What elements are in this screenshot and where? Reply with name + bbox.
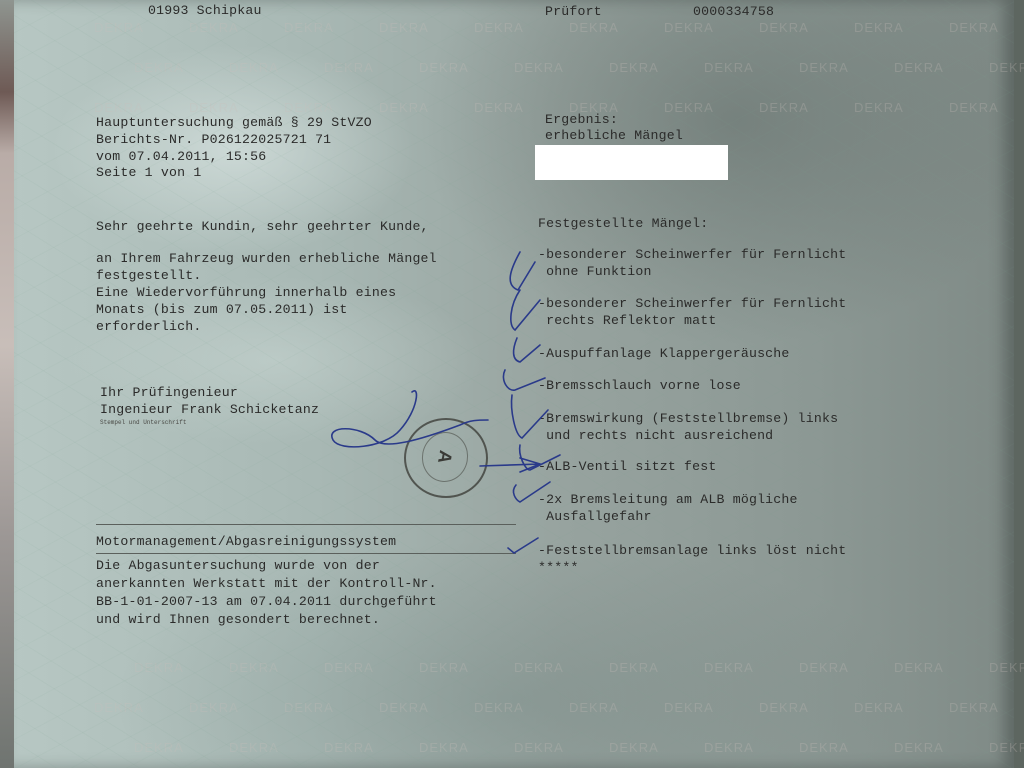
defect-item: -besonderer Scheinwerfer für Fernlicht bbox=[538, 246, 846, 264]
watermark-text: DEKRA bbox=[704, 60, 754, 75]
watermark-text: DEKRA bbox=[704, 660, 754, 675]
defect-item: Ausfallgefahr bbox=[538, 508, 652, 526]
watermark-text: DEKRA bbox=[474, 100, 524, 115]
watermark-text: DEKRA bbox=[759, 20, 809, 35]
divider-line bbox=[96, 553, 516, 554]
stamp-mark: A bbox=[418, 428, 472, 485]
watermark-text: DEKRA bbox=[94, 700, 144, 715]
inspection-stamp: A bbox=[404, 418, 488, 498]
watermark-text: DEKRA bbox=[664, 20, 714, 35]
letter-salutation: Sehr geehrte Kundin, sehr geehrter Kunde… bbox=[96, 218, 429, 236]
watermark-text: DEKRA bbox=[949, 20, 999, 35]
watermark-text: DEKRA bbox=[284, 700, 334, 715]
watermark-text: DEKRA bbox=[609, 660, 659, 675]
watermark-text: DEKRA bbox=[324, 60, 374, 75]
watermark-text: DEKRA bbox=[609, 60, 659, 75]
watermark-text: DEKRA bbox=[419, 740, 469, 755]
watermark-text: DEKRA bbox=[474, 20, 524, 35]
watermark-text: DEKRA bbox=[514, 660, 564, 675]
watermark-text: DEKRA bbox=[799, 60, 849, 75]
watermark-text: DEKRA bbox=[419, 60, 469, 75]
watermark-text: DEKRA bbox=[379, 100, 429, 115]
watermark-text: DEKRA bbox=[229, 660, 279, 675]
letter-line: Eine Wiedervorführung innerhalb eines bbox=[96, 284, 396, 302]
watermark-text: DEKRA bbox=[94, 100, 144, 115]
watermark-text: DEKRA bbox=[379, 700, 429, 715]
emissions-line: Die Abgasuntersuchung wurde von der bbox=[96, 557, 380, 575]
letter-line: an Ihrem Fahrzeug wurden erhebliche Mäng… bbox=[96, 250, 437, 268]
watermark-text: DEKRA bbox=[189, 20, 239, 35]
watermark-text: DEKRA bbox=[379, 20, 429, 35]
watermark-text: DEKRA bbox=[189, 100, 239, 115]
watermark-text: DEKRA bbox=[94, 20, 144, 35]
address-city: 01993 Schipkau bbox=[148, 2, 262, 20]
watermark-text: DEKRA bbox=[704, 740, 754, 755]
watermark-text: DEKRA bbox=[854, 100, 904, 115]
watermark-text: DEKRA bbox=[609, 740, 659, 755]
watermark-text: DEKRA bbox=[324, 660, 374, 675]
watermark-text: DEKRA bbox=[949, 700, 999, 715]
watermark-text: DEKRA bbox=[799, 660, 849, 675]
report-title: Hauptuntersuchung gemäß § 29 StVZO bbox=[96, 114, 372, 132]
watermark-text: DEKRA bbox=[284, 20, 334, 35]
defect-item: -Bremswirkung (Feststellbremse) links bbox=[538, 410, 838, 428]
watermark-text: DEKRA bbox=[664, 700, 714, 715]
watermark-text: DEKRA bbox=[989, 740, 1024, 755]
report-number: Berichts-Nr. P026122025721 71 bbox=[96, 131, 331, 149]
letter-line: festgestellt. bbox=[96, 267, 201, 285]
watermark-text: DEKRA bbox=[894, 60, 944, 75]
defect-item: und rechts nicht ausreichend bbox=[538, 427, 773, 445]
watermark-text: DEKRA bbox=[759, 700, 809, 715]
defects-end-marker: ***** bbox=[538, 559, 579, 577]
emissions-heading: Motormanagement/Abgasreinigungssystem bbox=[96, 533, 396, 551]
stamp-caption: Stempel und Unterschrift bbox=[100, 419, 186, 427]
emissions-line: BB-1-01-2007-13 am 07.04.2011 durchgefüh… bbox=[96, 593, 437, 611]
letter-line: erforderlich. bbox=[96, 318, 201, 336]
watermark-text: DEKRA bbox=[189, 700, 239, 715]
watermark-text: DEKRA bbox=[569, 20, 619, 35]
defect-item: ohne Funktion bbox=[538, 263, 652, 281]
watermark-text: DEKRA bbox=[229, 740, 279, 755]
defect-item: rechts Reflektor matt bbox=[538, 312, 717, 330]
pruefort-value: 0000334758 bbox=[693, 3, 774, 21]
watermark-text: DEKRA bbox=[949, 100, 999, 115]
watermark-text: DEKRA bbox=[569, 700, 619, 715]
defects-heading: Festgestellte Mängel: bbox=[538, 215, 708, 233]
emissions-line: und wird Ihnen gesondert berechnet. bbox=[96, 611, 380, 629]
inspector-name: Ingenieur Frank Schicketanz bbox=[100, 401, 319, 419]
watermark-text: DEKRA bbox=[514, 60, 564, 75]
defect-item: -2x Bremsleitung am ALB mögliche bbox=[538, 491, 798, 509]
defect-item: -Bremsschlauch vorne lose bbox=[538, 377, 741, 395]
watermark-text: DEKRA bbox=[989, 660, 1024, 675]
watermark-text: DEKRA bbox=[989, 60, 1024, 75]
inspector-label: Ihr Prüfingenieur bbox=[100, 384, 238, 402]
watermark-text: DEKRA bbox=[134, 660, 184, 675]
watermark-text: DEKRA bbox=[474, 700, 524, 715]
defect-item: -Feststellbremsanlage links löst nicht bbox=[538, 542, 846, 560]
report-page: Seite 1 von 1 bbox=[96, 164, 201, 182]
divider-line bbox=[96, 524, 516, 525]
letter-line: Monats (bis zum 07.05.2011) ist bbox=[96, 301, 348, 319]
watermark-text: DEKRA bbox=[894, 660, 944, 675]
redaction-box bbox=[535, 145, 728, 180]
watermark-text: DEKRA bbox=[514, 740, 564, 755]
watermark-text: DEKRA bbox=[759, 100, 809, 115]
watermark-text: DEKRA bbox=[854, 20, 904, 35]
defect-item: -ALB-Ventil sitzt fest bbox=[538, 458, 717, 476]
pruefort-label: Prüfort bbox=[545, 3, 602, 21]
defect-item: -Auspuffanlage Klappergeräusche bbox=[538, 345, 790, 363]
watermark-text: DEKRA bbox=[419, 660, 469, 675]
watermark-text: DEKRA bbox=[799, 740, 849, 755]
watermark-text: DEKRA bbox=[664, 100, 714, 115]
watermark-text: DEKRA bbox=[324, 740, 374, 755]
watermark-text: DEKRA bbox=[134, 740, 184, 755]
watermark-text: DEKRA bbox=[854, 700, 904, 715]
watermark-text: DEKRA bbox=[134, 60, 184, 75]
defect-item: -besonderer Scheinwerfer für Fernlicht bbox=[538, 295, 846, 313]
result-value: erhebliche Mängel bbox=[545, 127, 683, 145]
watermark-text: DEKRA bbox=[894, 740, 944, 755]
watermark-text: DEKRA bbox=[229, 60, 279, 75]
emissions-line: anerkannten Werkstatt mit der Kontroll-N… bbox=[96, 575, 437, 593]
watermark-text: DEKRA bbox=[284, 100, 334, 115]
